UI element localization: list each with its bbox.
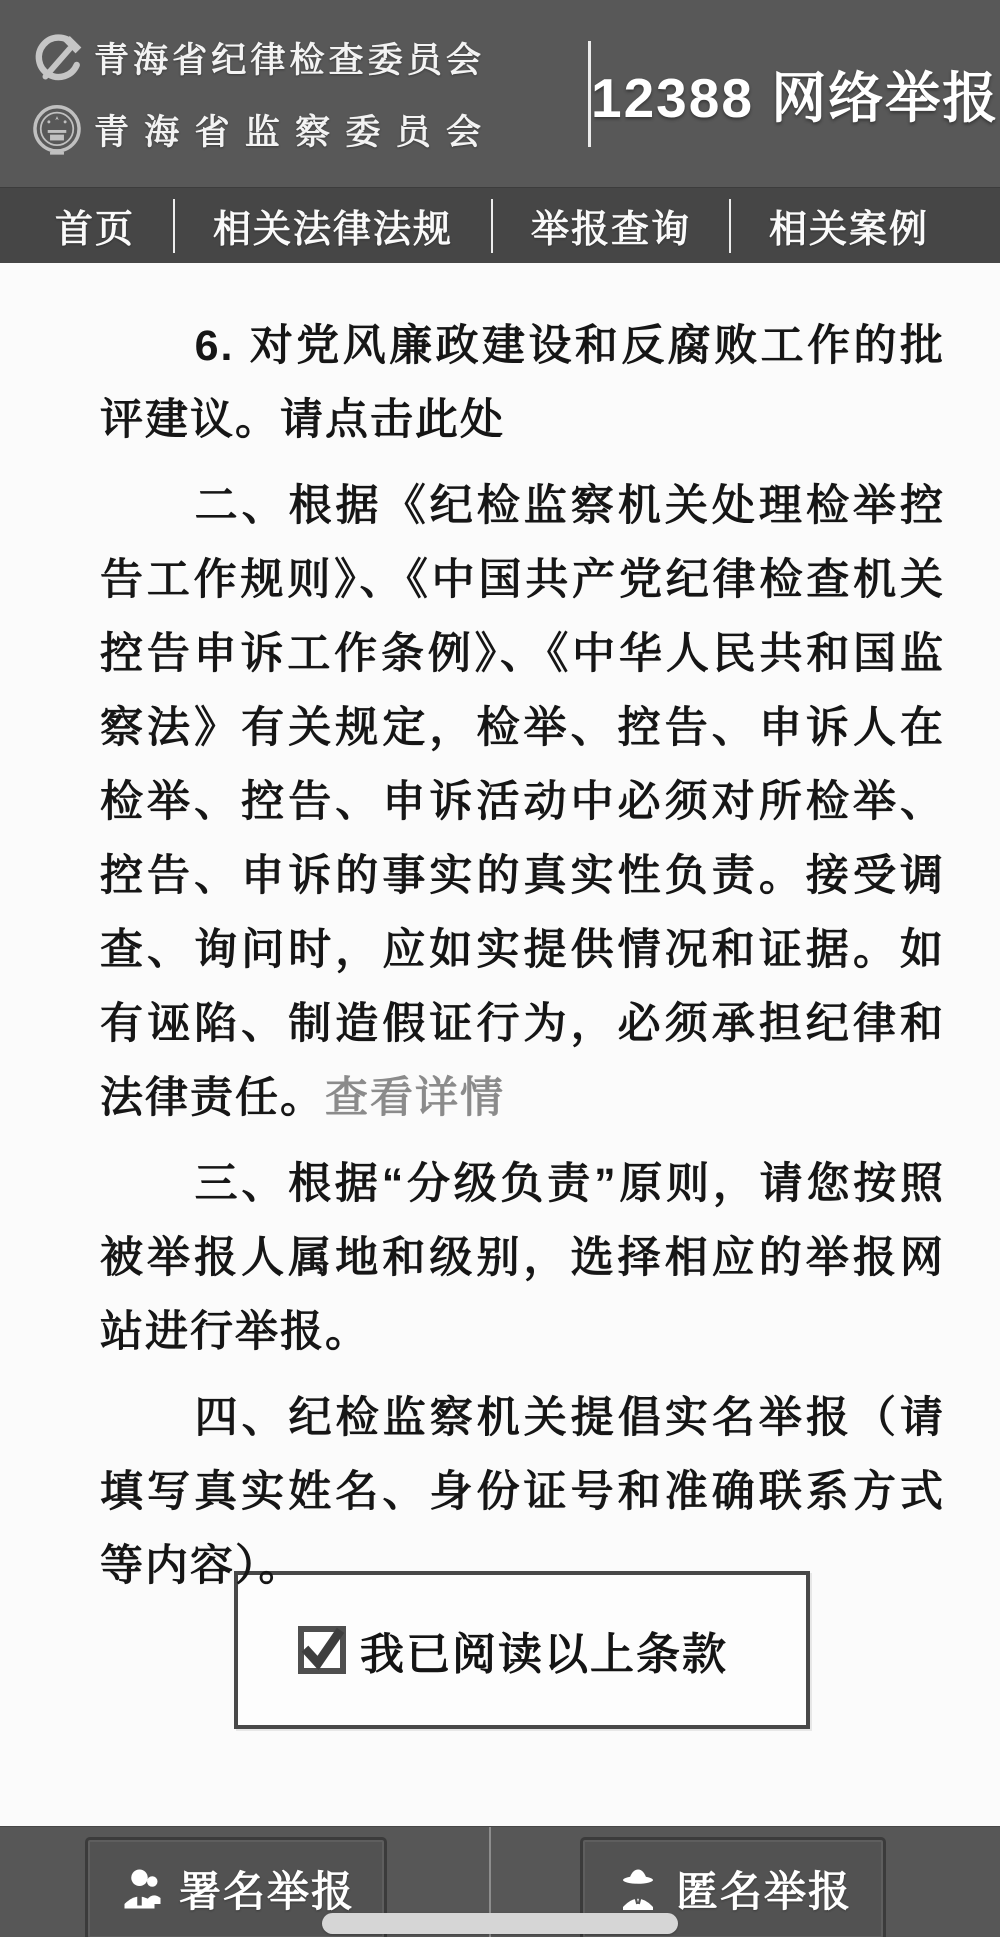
site-title: 12388 网络举报: [591, 54, 999, 133]
checkbox-checked-icon[interactable]: [298, 1626, 346, 1674]
footer: 署名举报 匿名举报: [0, 1826, 1000, 1937]
paragraph-text: 三、根据“分级负责”原则，请您按照被举报人属地和级别，选择相应的举报网站进行举报…: [100, 1160, 945, 1356]
anonymous-report-label: 匿名举报: [676, 1859, 852, 1919]
click-here-link[interactable]: 请点击此处: [280, 396, 505, 444]
nav-item-report-query[interactable]: 举报查询: [531, 198, 691, 253]
national-emblem-icon: [26, 99, 88, 161]
signed-report-label: 署名举报: [179, 1859, 355, 1919]
nav-item-laws[interactable]: 相关法律法规: [213, 198, 453, 253]
nav-item-home[interactable]: 首页: [55, 198, 135, 253]
nav-divider: [491, 199, 493, 253]
nav-bar: 首页 相关法律法规 举报查询 相关案例: [0, 187, 1000, 263]
view-details-link[interactable]: 查看详情: [325, 1074, 505, 1122]
org-name-line2: 青海省监察委员会: [94, 105, 482, 155]
paragraph-text: 二、根据《纪检监察机关处理检举控告工作规则》、《中国共产党纪律检查机关控告申诉工…: [100, 482, 945, 1122]
content: 6. 对党风廉政建设和反腐败工作的批评建议。请点击此处 二、根据《纪检监察机关处…: [0, 263, 1000, 1729]
paragraph-4: 四、纪检监察机关提倡实名举报（请填写真实姓名、身份证号和准确联系方式等内容）。: [100, 1381, 945, 1603]
paragraph-text: 6. 对党风廉政建设和反腐败工作的批评建议。: [100, 322, 945, 444]
paragraph-3: 三、根据“分级负责”原则，请您按照被举报人属地和级别，选择相应的举报网站进行举报…: [100, 1147, 945, 1369]
org-row-1: 青海省纪律检查委员会: [26, 25, 482, 91]
org-row-2: 青海省监察委员会: [26, 97, 482, 163]
nav-divider: [729, 199, 731, 253]
paragraph-text: 四、纪检监察机关提倡实名举报（请填写真实姓名、身份证号和准确联系方式等内容）。: [100, 1394, 945, 1590]
agreement-row[interactable]: 我已阅读以上条款: [238, 1618, 728, 1682]
header: 青海省纪律检查委员会 青海省监察委员会: [0, 0, 1000, 187]
agreement-label: 我已阅读以上条款: [360, 1618, 728, 1682]
paragraph-2: 二、根据《纪检监察机关处理检举控告工作规则》、《中国共产党纪律检查机关控告申诉工…: [100, 469, 945, 1135]
logo-block: 青海省纪律检查委员会 青海省监察委员会: [26, 25, 482, 163]
paragraph-item-6: 6. 对党风廉政建设和反腐败工作的批评建议。请点击此处: [100, 309, 945, 457]
home-indicator-bar[interactable]: [322, 1913, 678, 1934]
nav-item-cases[interactable]: 相关案例: [769, 198, 929, 253]
page: 青海省纪律检查委员会 青海省监察委员会: [0, 0, 1000, 1937]
anonymous-person-icon: [614, 1865, 662, 1913]
party-emblem-icon: [26, 27, 88, 89]
org-name-line1: 青海省纪律检查委员会: [94, 33, 482, 83]
person-icon: [117, 1865, 165, 1913]
nav-divider: [173, 199, 175, 253]
